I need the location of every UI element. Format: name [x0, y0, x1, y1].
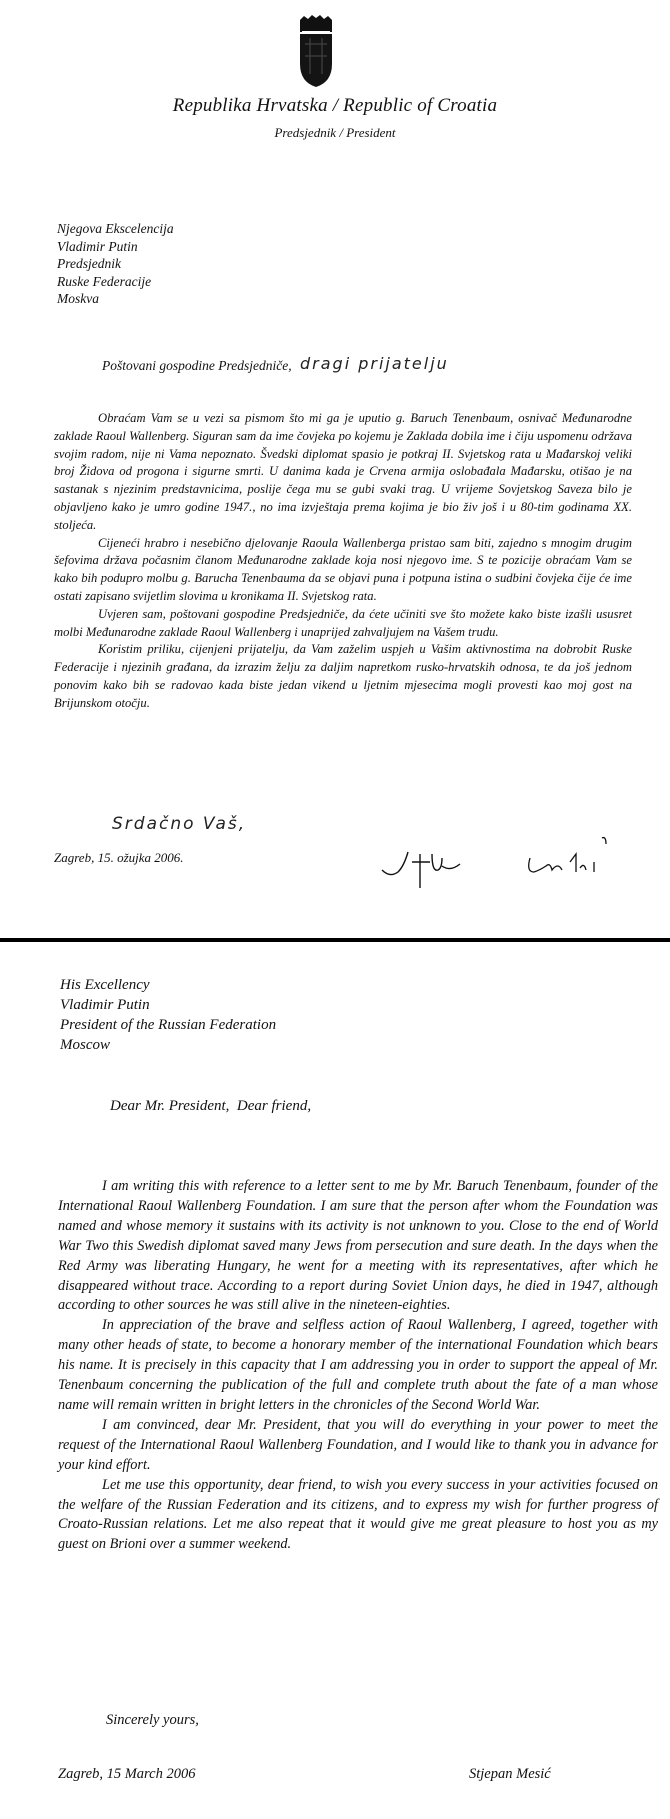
page-divider: [0, 938, 670, 942]
date-hr: Zagreb, 15. ožujka 2006.: [54, 850, 184, 866]
paragraph: Uvjeren sam, poštovani gospodine Predsje…: [54, 606, 632, 642]
letter-body-hr: Obraćam Vam se u vezi sa pismom što mi g…: [54, 410, 632, 713]
paragraph: I am writing this with reference to a le…: [58, 1177, 658, 1316]
handwritten-salutation: dragi prijatelju: [300, 354, 449, 373]
recipient-address-en: His Excellency Vladimir Putin President …: [60, 975, 276, 1055]
recipient-address-hr: Njegova Ekscelencija Vladimir Putin Pred…: [57, 220, 174, 308]
letterhead-title: Republika Hrvatska / Republic of Croatia: [0, 95, 670, 117]
date-en: Zagreb, 15 March 2006: [58, 1766, 195, 1783]
paragraph: Let me use this opportunity, dear friend…: [58, 1476, 658, 1556]
recipient-line: Moscow: [60, 1035, 276, 1055]
recipient-line: Vladimir Putin: [57, 238, 174, 256]
letter-body-en: I am writing this with reference to a le…: [58, 1177, 658, 1555]
salutation-en: Dear Mr. President, Dear friend,: [110, 1098, 311, 1115]
recipient-line: Ruske Federacije: [57, 273, 174, 291]
salutation-hr: Poštovani gospodine Predsjedniče,: [102, 358, 292, 374]
recipient-line: Vladimir Putin: [60, 995, 276, 1015]
paragraph: I am convinced, dear Mr. President, that…: [58, 1416, 658, 1476]
recipient-line: Predsjednik: [57, 255, 174, 273]
signer-name: Stjepan Mesić: [469, 1766, 551, 1783]
paragraph: Koristim priliku, cijenjeni prijatelju, …: [54, 641, 632, 712]
recipient-line: Moskva: [57, 290, 174, 308]
recipient-line: President of the Russian Federation: [60, 1015, 276, 1035]
coat-of-arms-icon: [298, 14, 334, 88]
paragraph: Obraćam Vam se u vezi sa pismom što mi g…: [54, 410, 632, 535]
recipient-line: His Excellency: [60, 975, 276, 995]
paragraph: Cijeneći hrabro i nesebično djelovanje R…: [54, 535, 632, 606]
handwritten-closing: Srdačno Vaš,: [112, 814, 246, 834]
paragraph: In appreciation of the brave and selfles…: [58, 1316, 658, 1416]
letterhead-subtitle: Predsjednik / President: [0, 125, 670, 141]
recipient-line: Njegova Ekscelencija: [57, 220, 174, 238]
signature-icon: [380, 832, 650, 892]
closing-en: Sincerely yours,: [106, 1712, 199, 1729]
